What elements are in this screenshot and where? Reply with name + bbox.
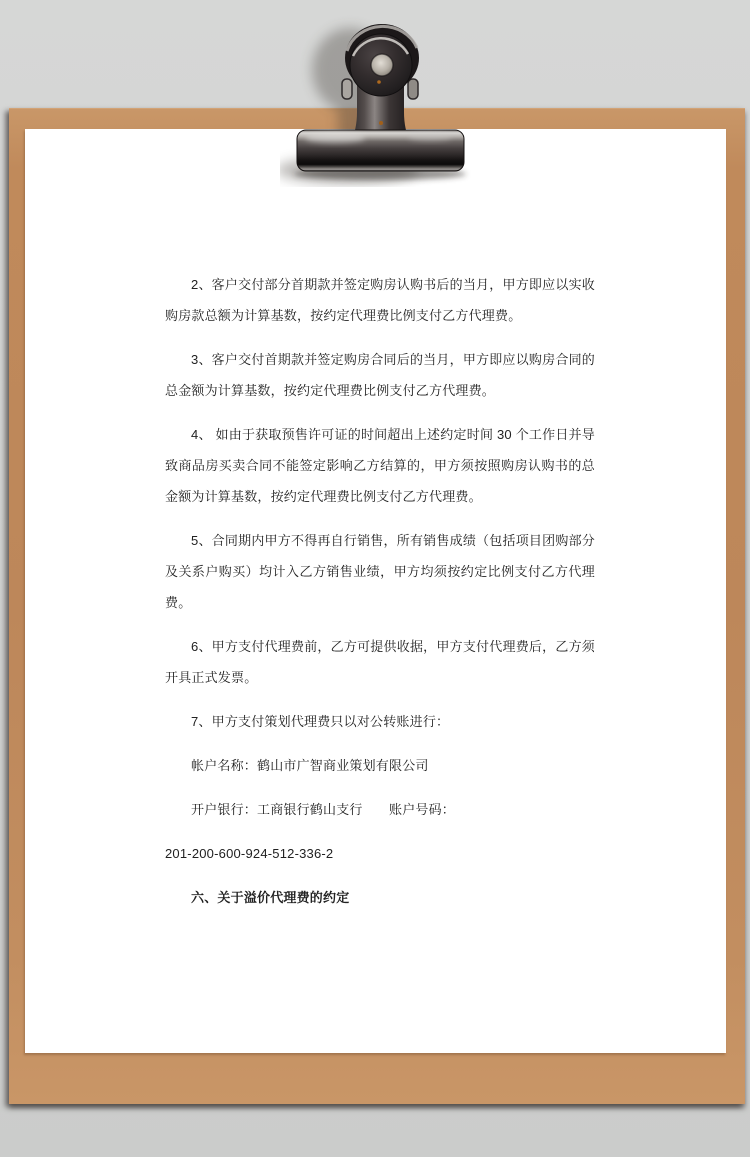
bank-line: 开户银行：工商银行鹤山支行 账户号码： — [165, 794, 595, 825]
section-heading: 六、关于溢价代理费的约定 — [165, 882, 595, 913]
clip-ear-right — [408, 79, 418, 99]
binder-clip — [280, 2, 480, 187]
clip-body-rivet — [379, 121, 383, 125]
clause-2: 2、客户交付部分首期款并签定购房认购书后的当月，甲方即应以实收购房款总额为计算基… — [165, 269, 595, 331]
clipboard: 2、客户交付部分首期款并签定购房认购书后的当月，甲方即应以实收购房款总额为计算基… — [9, 108, 745, 1104]
clip-knob-glint — [377, 80, 381, 84]
account-number-line: 201-200-600-924-512-336-2 — [165, 838, 595, 869]
clip-bar-glare-right — [408, 133, 452, 141]
clause-4: 4、 如由于获取预售许可证的时间超出上述约定时间 30 个工作日并导致商品房买卖… — [165, 419, 595, 512]
document-text: 2、客户交付部分首期款并签定购房认购书后的当月，甲方即应以实收购房款总额为计算基… — [165, 269, 595, 926]
account-name-line: 帐户名称：鹤山市广智商业策划有限公司 — [165, 750, 595, 781]
clause-3: 3、客户交付首期款并签定购房合同后的当月，甲方即应以购房合同的总金额为计算基数，… — [165, 344, 595, 406]
clause-5: 5、合同期内甲方不得再自行销售，所有销售成绩（包括项目团购部分及关系户购买）均计… — [165, 525, 595, 618]
clause-7: 7、甲方支付策划代理费只以对公转账进行： — [165, 706, 595, 737]
document-page: 2、客户交付部分首期款并签定购房认购书后的当月，甲方即应以实收购房款总额为计算基… — [25, 129, 726, 1053]
clip-bar-glare-left — [305, 133, 365, 143]
clause-6: 6、甲方支付代理费前，乙方可提供收据，甲方支付代理费后，乙方须开具正式发票。 — [165, 631, 595, 693]
clip-ear-left — [342, 79, 352, 99]
